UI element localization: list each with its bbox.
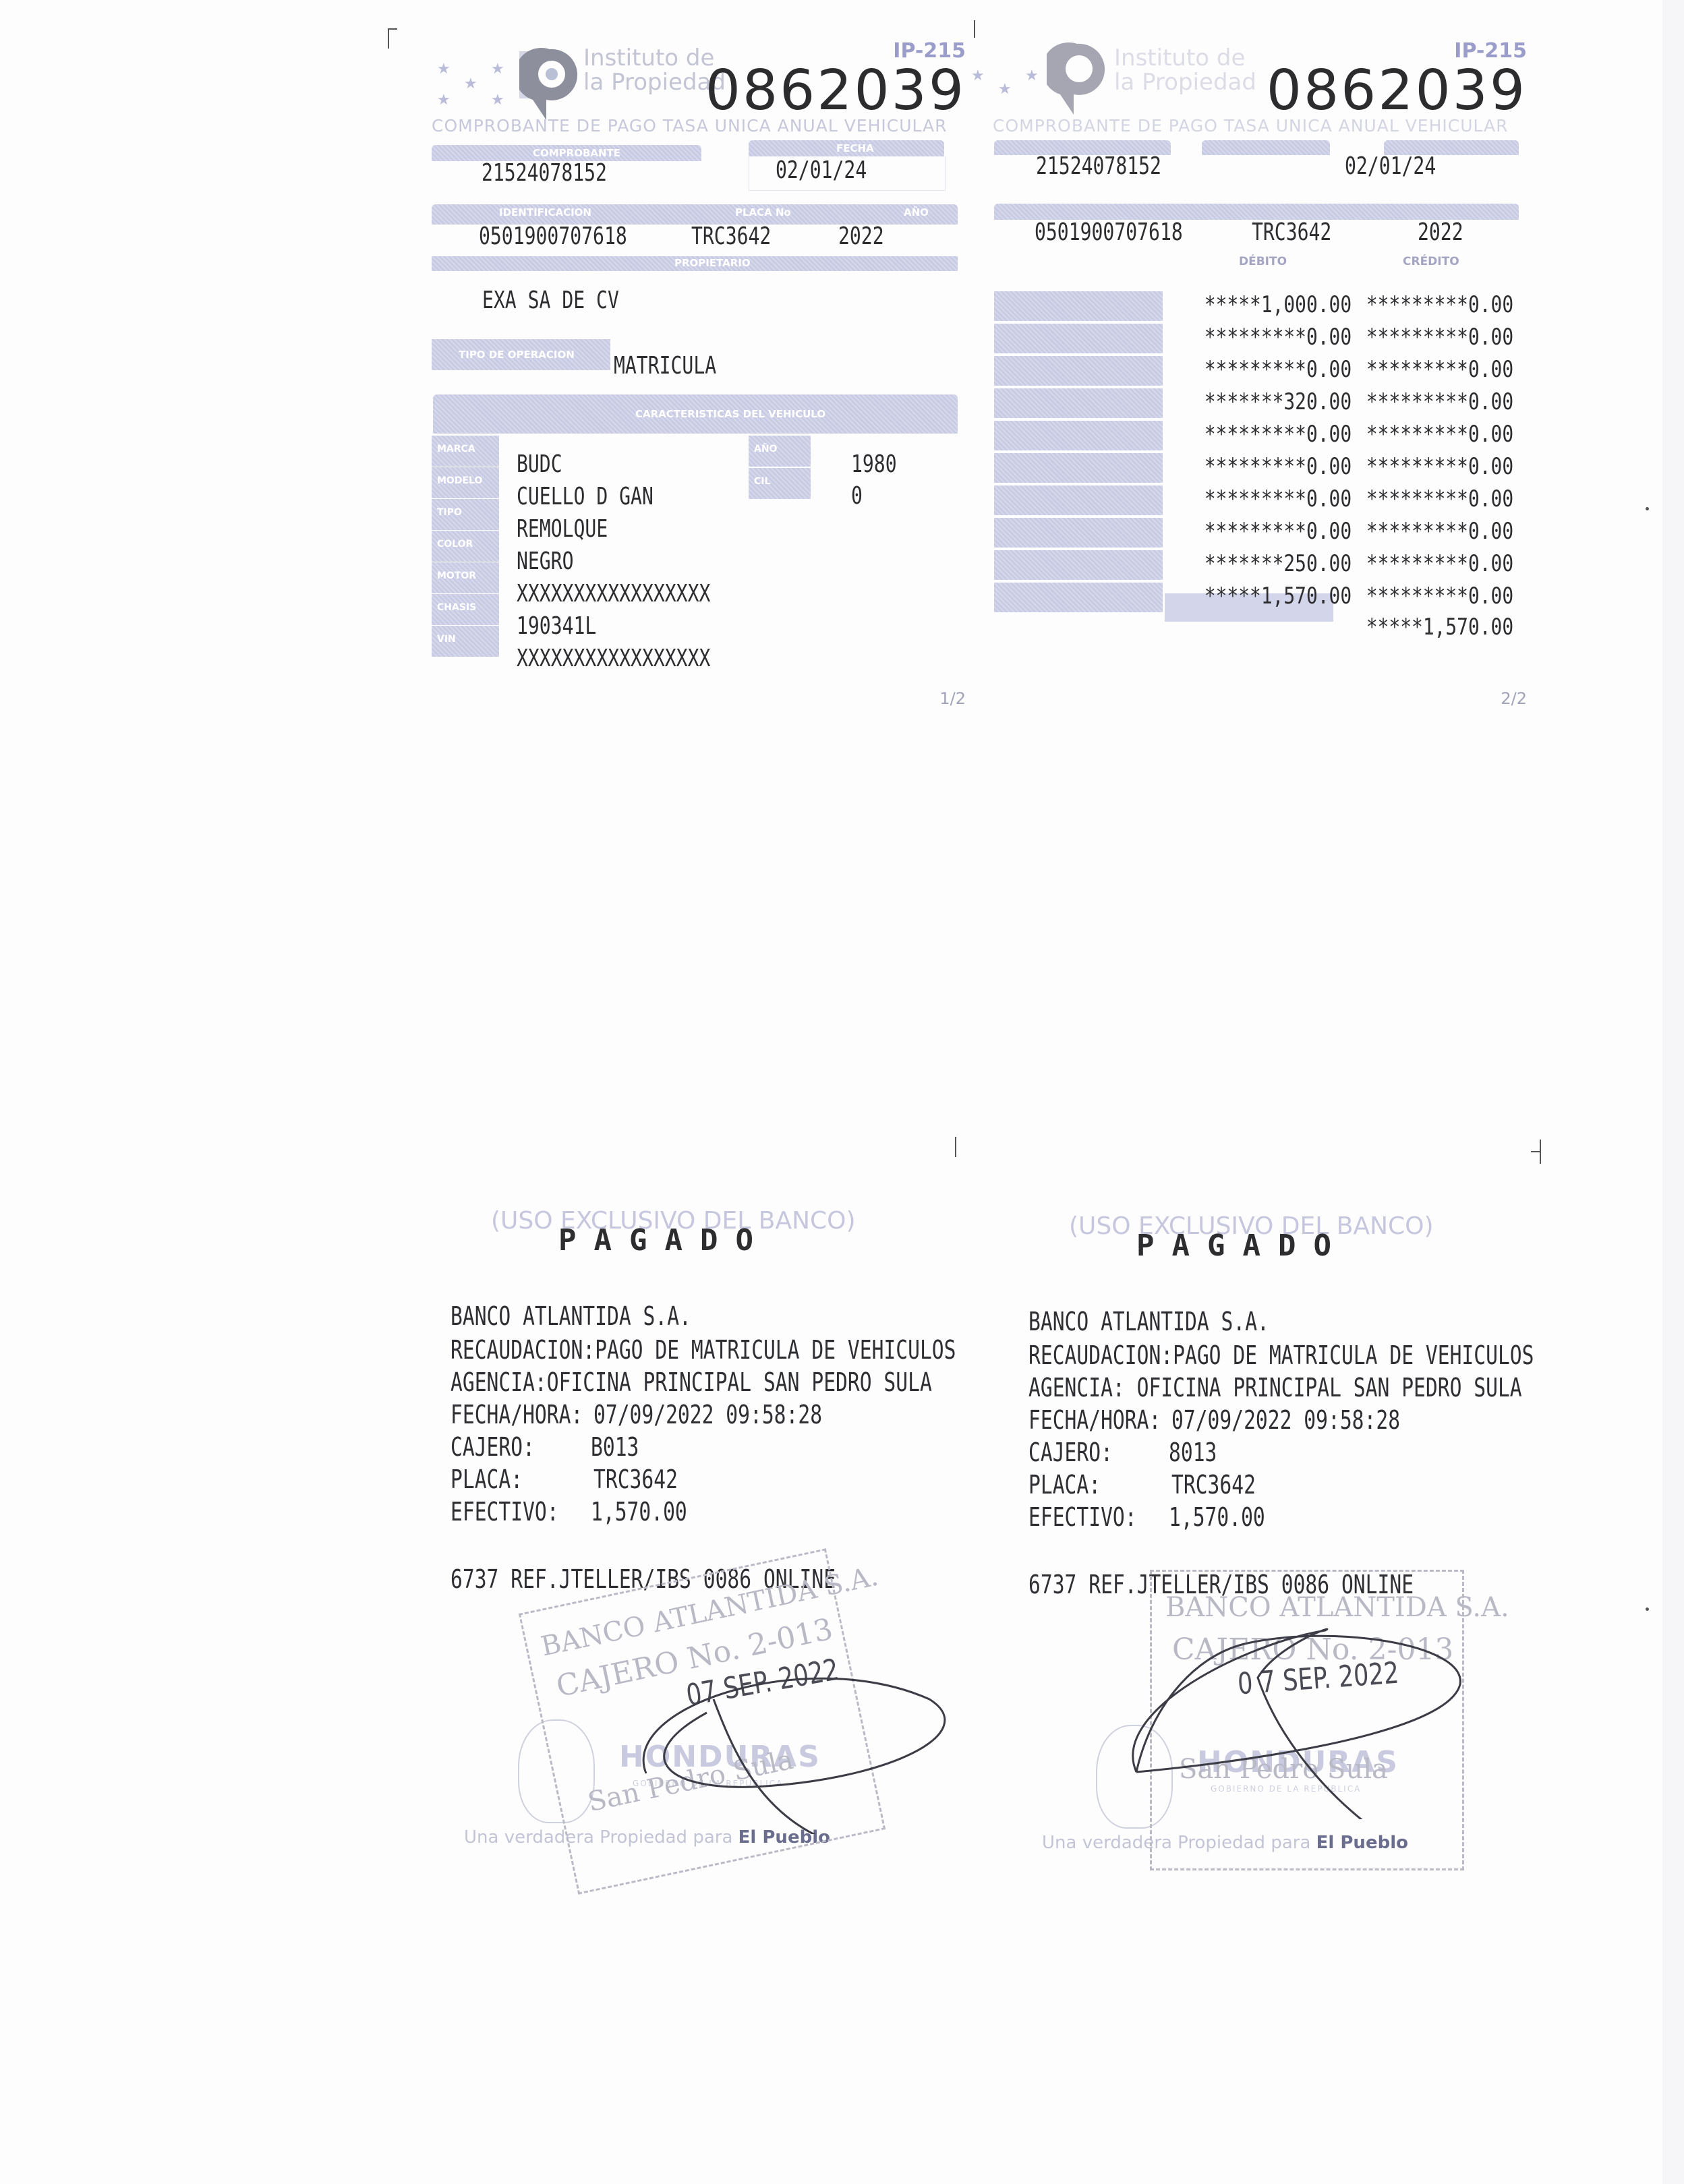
efectivo-value: 1,570.00 <box>1169 1502 1265 1532</box>
comprobante-value: 21524078152 <box>482 159 607 187</box>
scan-edge <box>1662 0 1684 2184</box>
debito-value: *******250.00 <box>1204 550 1352 577</box>
anio-value: 2022 <box>1418 218 1463 246</box>
bank-name: BANCO ATLANTIDA S.A. <box>451 1301 691 1331</box>
scan-dot <box>1646 507 1649 510</box>
concept-label <box>994 356 1163 386</box>
label-caracteristicas: CARACTERISTICAS DEL VEHICULO <box>433 394 958 434</box>
debito-value: *********0.00 <box>1204 518 1352 545</box>
placa-label: PLACA: <box>1028 1470 1101 1500</box>
concept-label <box>994 550 1163 580</box>
credito-value: *********0.00 <box>1366 356 1513 383</box>
debito-header: DÉBITO <box>1239 255 1287 268</box>
serial-number: 0862039 <box>1267 61 1527 121</box>
cajero-value: 8013 <box>1169 1438 1217 1467</box>
credito-header: CRÉDITO <box>1403 255 1459 268</box>
efectivo-label: EFECTIVO: <box>451 1497 559 1527</box>
efectivo-value: 1,570.00 <box>591 1497 687 1527</box>
label-cilindraje: CIL <box>749 468 811 499</box>
vehicle-value: NEGRO <box>517 548 574 575</box>
cajero-label: CAJERO: <box>451 1432 535 1462</box>
cilindraje-value: 0 <box>851 482 863 510</box>
credito-value: *********0.00 <box>1366 388 1513 415</box>
bank-receipt-2: (USO EXCLUSIVO DEL BANCO) PAGADO BANCO A… <box>1028 1206 1568 1947</box>
credito-value: *********0.00 <box>1366 291 1513 318</box>
identificacion-value: 0501900707618 <box>1035 218 1183 246</box>
debito-value: *********0.00 <box>1204 356 1352 383</box>
propietario-value: EXA SA DE CV <box>482 287 619 314</box>
serial-number: 0862039 <box>705 61 966 121</box>
label-identificacion-placa-anio: IDENTIFICACION PLACA No AÑO <box>432 204 958 225</box>
bank-receipt-1: (USO EXCLUSIVO DEL BANCO) PAGADO BANCO A… <box>451 1200 990 1942</box>
document-title: COMPROBANTE DE PAGO TASA UNICA ANUAL VEH… <box>432 116 964 136</box>
bank-teller-stamp: BANCO ATLANTIDA S.A. CAJERO No. 2-013 Sa… <box>1150 1570 1464 1870</box>
anio-value: 2022 <box>838 223 884 250</box>
fecha-value: 02/01/24 <box>776 156 867 184</box>
debito-value: *********0.00 <box>1204 421 1352 448</box>
recaudacion-line: RECAUDACION:PAGO DE MATRICULA DE VEHICUL… <box>1028 1340 1534 1370</box>
credito-value: *********0.00 <box>1366 324 1513 351</box>
debito-value: *********0.00 <box>1204 453 1352 480</box>
credito-value: *********0.00 <box>1366 550 1513 577</box>
credito-value: *********0.00 <box>1366 485 1513 512</box>
concept-label <box>994 388 1163 418</box>
fecha-hora-label: FECHA/HORA: <box>1028 1405 1161 1435</box>
efectivo-label: EFECTIVO: <box>1028 1502 1137 1532</box>
concept-label <box>994 583 1163 612</box>
debito-value: *****1,000.00 <box>1204 291 1352 318</box>
fecha-hora-label: FECHA/HORA: <box>451 1400 583 1429</box>
concept-label <box>994 485 1163 515</box>
debito-value: *********0.00 <box>1204 324 1352 351</box>
instituto-propiedad-logo-icon <box>1047 40 1107 118</box>
debito-value: *****1,570.00 <box>1204 583 1352 610</box>
label-fecha: FECHA <box>749 140 944 156</box>
label-identificacion-placa-anio <box>994 204 1519 220</box>
concept-label <box>994 518 1163 548</box>
total-amount: *****1,570.00 <box>1366 614 1513 641</box>
placa-value: TRC3642 <box>593 1465 678 1494</box>
agencia-line: AGENCIA: OFICINA PRINCIPAL SAN PEDRO SUL… <box>1028 1373 1522 1403</box>
bank-name: BANCO ATLANTIDA S.A. <box>1028 1307 1269 1336</box>
ip-receipt-page-2: ★★ ★ Instituto de la Propiedad IP-215 08… <box>993 27 1532 701</box>
crop-mark <box>955 1137 956 1157</box>
vehicle-value: XXXXXXXXXXXXXXXXX <box>517 645 710 672</box>
bank-teller-stamp: BANCO ATLANTIDA S.A. CAJERO No. 2-013 Sa… <box>519 1548 885 1895</box>
label-tipo-operacion: TIPO DE OPERACION <box>432 339 610 370</box>
credito-value: *********0.00 <box>1366 453 1513 480</box>
page-number: 2/2 <box>1501 689 1527 708</box>
placa-value: TRC3642 <box>1171 1470 1256 1500</box>
vehicle-value: REMOLQUE <box>517 515 608 543</box>
fecha-value: 02/01/24 <box>1345 152 1436 180</box>
label-tipo: TIPO <box>432 499 499 530</box>
institution-name: Instituto de la Propiedad <box>1114 46 1256 94</box>
fecha-hora-value: 07/09/2022 09:58:28 <box>1171 1405 1400 1435</box>
cajero-value: B013 <box>591 1432 639 1462</box>
recaudacion-line: RECAUDACION:PAGO DE MATRICULA DE VEHICUL… <box>451 1335 956 1365</box>
concept-label <box>994 291 1163 321</box>
identificacion-value: 0501900707618 <box>479 223 627 250</box>
label-chasis: CHASIS <box>432 594 499 625</box>
crop-mark <box>1531 1151 1540 1152</box>
label-propietario: PROPIETARIO <box>432 256 958 271</box>
credito-value: *********0.00 <box>1366 518 1513 545</box>
comprobante-value: 21524078152 <box>1036 152 1161 180</box>
label-marca: MARCA <box>432 436 499 467</box>
label-modelo: MODELO <box>432 467 499 498</box>
label-fecha <box>1202 140 1330 155</box>
anio-fabricacion-value: 1980 <box>851 450 897 478</box>
ip-receipt-page-1: ★★ ★ ★★ Instituto de la Propiedad IP-215… <box>432 27 971 701</box>
vehicle-value: 190341L <box>517 612 596 640</box>
label-anio-fabricacion: AÑO <box>749 436 811 467</box>
agencia-line: AGENCIA:OFICINA PRINCIPAL SAN PEDRO SULA <box>451 1367 932 1397</box>
credito-value: *********0.00 <box>1366 583 1513 610</box>
placa-value: TRC3642 <box>1252 218 1331 246</box>
tipo-operacion-value: MATRICULA <box>614 352 716 380</box>
credito-value: *********0.00 <box>1366 421 1513 448</box>
vehicle-value: BUDC <box>517 450 562 478</box>
debito-value: *******320.00 <box>1204 388 1352 415</box>
vehicle-value: CUELLO D GAN <box>517 483 654 510</box>
debito-value: *********0.00 <box>1204 485 1352 512</box>
concept-label <box>994 324 1163 353</box>
document-title: COMPROBANTE DE PAGO TASA UNICA ANUAL VEH… <box>993 116 1526 136</box>
crop-mark <box>388 28 389 49</box>
crop-mark <box>388 28 397 30</box>
label-motor: MOTOR <box>432 562 499 593</box>
concept-label <box>994 453 1163 483</box>
concept-label <box>994 421 1163 450</box>
vehicle-value: XXXXXXXXXXXXXXXXX <box>517 580 710 608</box>
scan-dot <box>1646 1607 1649 1611</box>
instituto-propiedad-logo-icon <box>519 46 580 123</box>
cajero-label: CAJERO: <box>1028 1438 1113 1467</box>
paid-status: PAGADO <box>558 1223 771 1258</box>
institution-name: Instituto de la Propiedad <box>583 46 726 94</box>
placa-label: PLACA: <box>451 1465 523 1494</box>
crop-mark <box>974 20 975 38</box>
fecha-hora-value: 07/09/2022 09:58:28 <box>593 1400 822 1429</box>
paid-status: PAGADO <box>1136 1229 1349 1263</box>
label-vin: VIN <box>432 626 499 657</box>
placa-value: TRC3642 <box>691 223 771 250</box>
page-number: 1/2 <box>939 689 966 708</box>
label-color: COLOR <box>432 531 499 562</box>
